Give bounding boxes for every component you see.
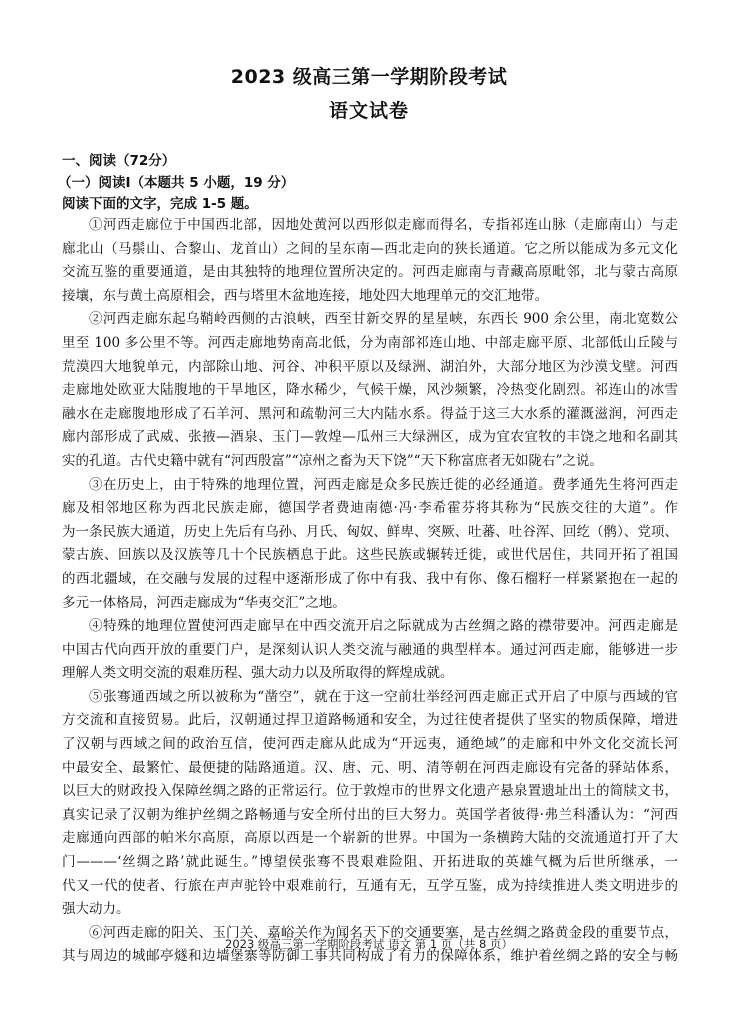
passage-line: 交流互鉴的重要通道，是由其独特的地理位置所决定的。河西走廊南与青藏高原毗邻，北与… bbox=[62, 261, 678, 285]
passage-line: ③在历史上，由于特殊的地理位置，河西走廊是众多民族迁徙的必经通道。费孝通先生将河… bbox=[62, 474, 678, 498]
passage-line: ②河西走廊东起乌鞘岭西侧的古浪峡，西至甘新交界的星星峡，东西长 900 余公里，… bbox=[62, 308, 678, 332]
passage-line: 廊及相邻地区称为西北民族走廊，德国学者费迪南德·冯·李希霍芬将其称为“民族交往的… bbox=[62, 497, 678, 521]
passage-line: 走廊通向西部的帕米尔高原，高原以西是一个崭新的世界。中国为一条横跨大陆的交流通道… bbox=[62, 827, 678, 851]
passage-line: 廊北山（马鬃山、合黎山、龙首山）之间的呈东南—西北走向的狭长通道。它之所以能成为… bbox=[62, 238, 678, 262]
passage-line: 接壤，东与黄土高原相会，西与塔里木盆地连接，地处四大地理单元的交汇地带。 bbox=[62, 285, 678, 309]
passage-line: ①河西走廊位于中国西北部，因地处黄河以西形似走廊而得名，专指祁连山脉（走廊南山）… bbox=[62, 214, 678, 238]
reading-instruction: 阅读下面的文字，完成 1-5 题。 bbox=[62, 192, 258, 212]
passage-line: 门———‘丝绸之路’就此诞生。”博望侯张骞不畏艰难险阻、开拓进取的英雄气概为后世… bbox=[62, 851, 678, 875]
passage-line: 融水在走廊腹地形成了石羊河、黑河和疏勒河三大内陆水系。得益于这三大水系的灌溉滋润… bbox=[62, 403, 678, 427]
passage-line: 以巨大的财政投入保障丝绸之路的正常运行。位于敦煌市的世界文化遗产悬泉置遗址出土的… bbox=[62, 780, 678, 804]
passage-line: 方交流和直接贸易。此后，汉朝通过捍卫道路畅通和安全，为过往使者提供了坚实的物质保… bbox=[62, 709, 678, 733]
passage-line: 走廊地处欧亚大陆腹地的干旱地区，降水稀少，气候干燥，风沙频繁，冷热变化剧烈。祁连… bbox=[62, 379, 678, 403]
page-footer: 2023 级高三第一学期阶段考试 语文 第 1 页（共 8 页） bbox=[0, 936, 738, 952]
subsection-heading: （一）阅读Ⅰ（本题共 5 小题，19 分） bbox=[58, 171, 294, 191]
passage-line: 实的孔道。古代史籍中就有“河西殷富”“凉州之畜为天下饶”“天下称富庶者无如陇右”… bbox=[62, 450, 678, 474]
passage-line: 为一条民族大通道，历史上先后有乌孙、月氏、匈奴、鲜卑、突厥、吐蕃、吐谷浑、回纥（… bbox=[62, 521, 678, 545]
passage-line: 中国古代向西开放的重要门户，是深刻认识人类交流与融通的典型样本。通过河西走廊，能… bbox=[62, 639, 678, 663]
passage-line: 真实记录了汉朝为维护丝绸之路畅通与安全所付出的巨大努力。英国学者彼得·弗兰科潘认… bbox=[62, 804, 678, 828]
exam-page: 2023 级高三第一学期阶段考试 语文试卷 一、阅读（72分） （一）阅读Ⅰ（本… bbox=[0, 0, 738, 1021]
section-heading: 一、阅读（72分） bbox=[62, 149, 175, 169]
passage-line: 了汉朝与西域之间的政治互信，使河西走廊从此成为“开远夷，通绝域”的走廊和中外文化… bbox=[62, 733, 678, 757]
exam-subtitle: 语文试卷 bbox=[0, 96, 738, 123]
passage-line: 中最安全、最繁忙、最便捷的陆路通道。汉、唐、元、明、清等朝在河西走廊设有完备的驿… bbox=[62, 757, 678, 781]
passage-line: 蒙古族、回族以及汉族等几十个民族栖息于此。这些民族或辗转迁徙，或世代居住，共同开… bbox=[62, 544, 678, 568]
passage-line: ⑤张骞通西域之所以被称为“凿空”，就在于这一空前壮举经河西走廊正式开启了中原与西… bbox=[62, 686, 678, 710]
passage-line: ④特殊的地理位置使河西走廊早在中西交流开启之际就成为古丝绸之路的襟带要冲。河西走… bbox=[62, 615, 678, 639]
passage-line: 里至 100 多公里不等。河西走廊地势南高北低，分为南部祁连山地、中部走廊平原、… bbox=[62, 332, 678, 356]
passage-line: 廊内部形成了武威、张掖—酒泉、玉门—敦煌—瓜州三大绿洲区，成为宜农宜牧的丰饶之地… bbox=[62, 426, 678, 450]
passage-line: 的西北疆域，在交融与发展的过程中逐渐形成了你中有我、我中有你、像石榴籽一样紧紧抱… bbox=[62, 568, 678, 592]
passage-line: 强大动力。 bbox=[62, 898, 678, 922]
exam-title: 2023 级高三第一学期阶段考试 bbox=[0, 62, 738, 89]
passage-body: ①河西走廊位于中国西北部，因地处黄河以西形似走廊而得名，专指祁连山脉（走廊南山）… bbox=[62, 214, 678, 969]
passage-line: 代又一代的使者、行旅在声声驼铃中艰难前行，互通有无，互学互鉴，成为持续推进人类文… bbox=[62, 875, 678, 899]
passage-line: 荒漠四大地貌单元，内部除山地、河谷、冲积平原以及绿洲、湖泊外，大部分地区为沙漠戈… bbox=[62, 356, 678, 380]
passage-line: 多元一体格局，河西走廊成为“华夷交汇”之地。 bbox=[62, 592, 678, 616]
passage-line: 理解人类文明交流的艰难历程、强大动力以及所取得的辉煌成就。 bbox=[62, 662, 678, 686]
